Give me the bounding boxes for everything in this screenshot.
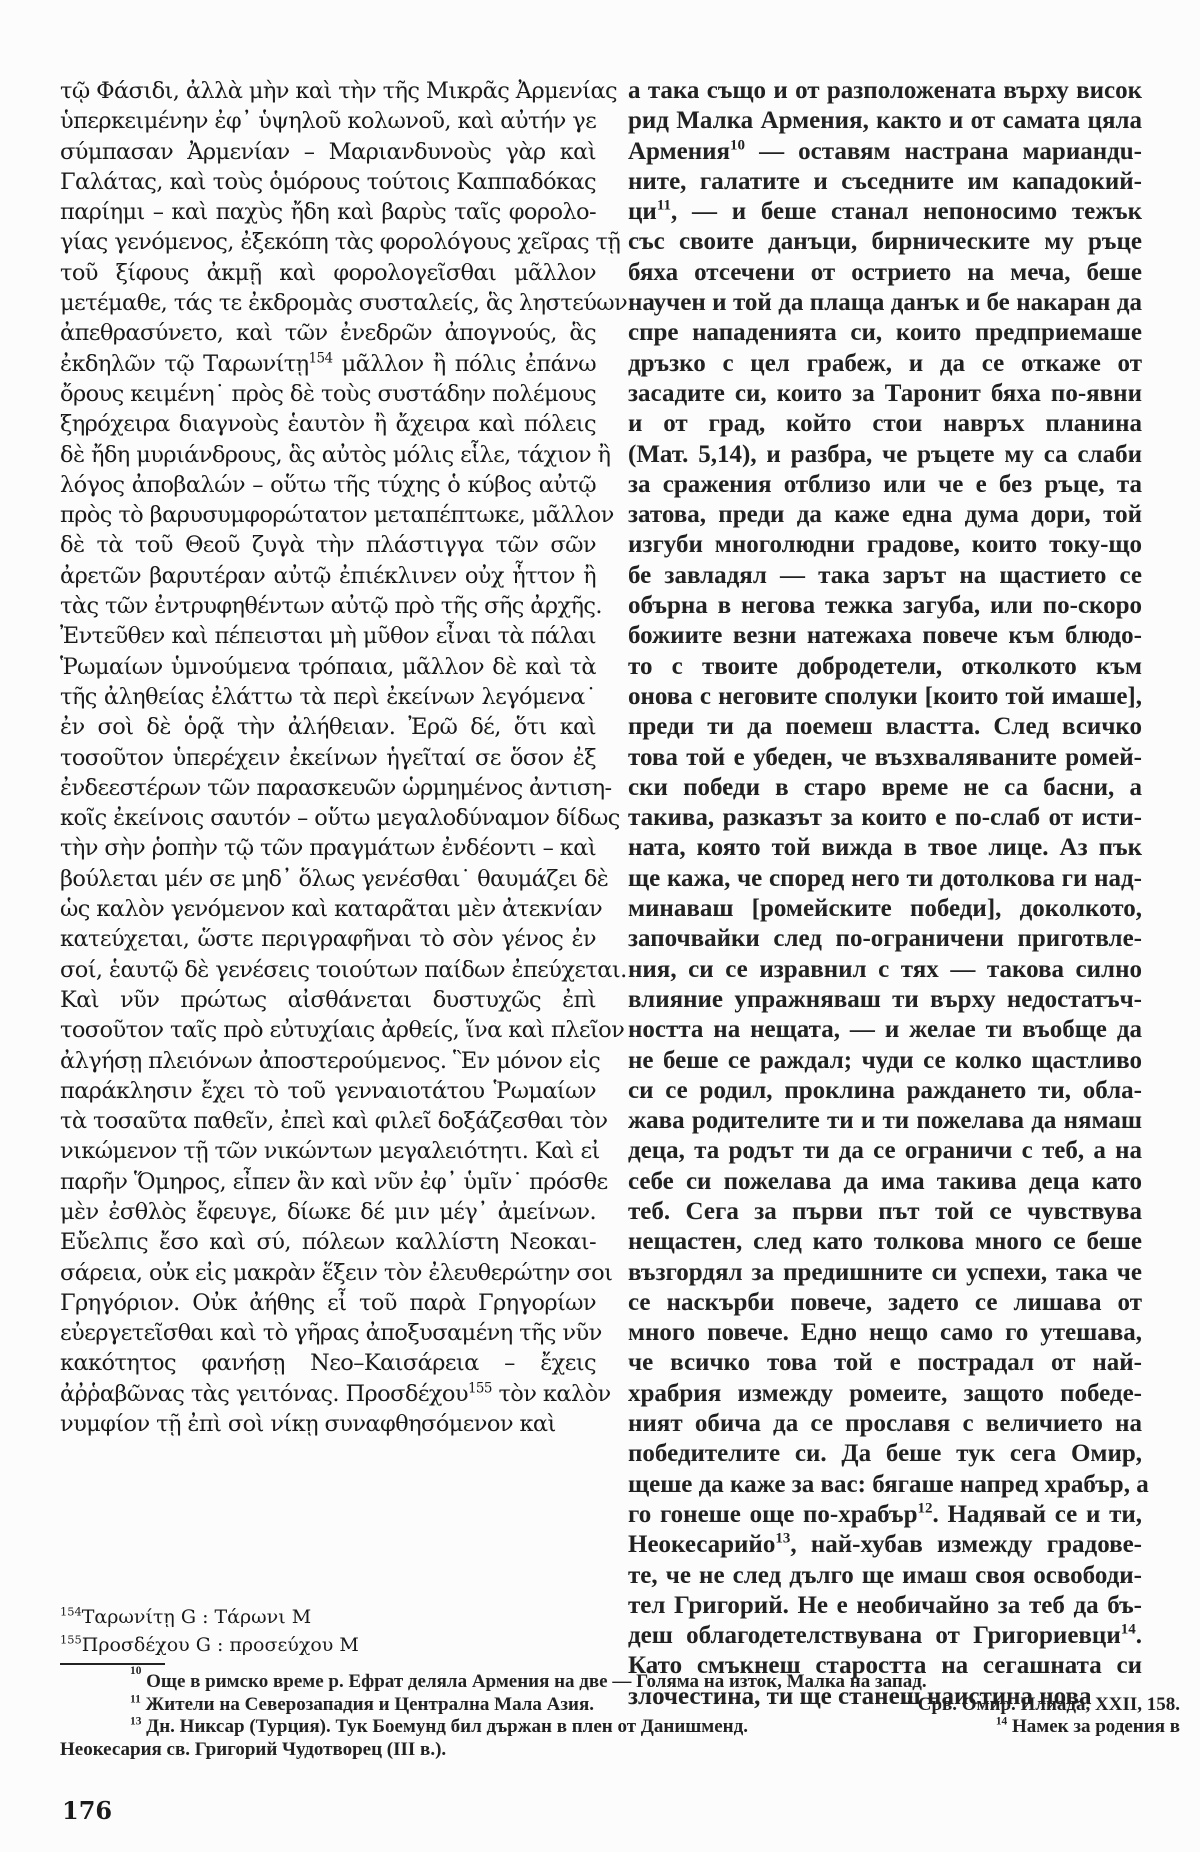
text-line: ски победи в старо време не са басни, а xyxy=(628,773,1142,803)
text-line: възгордял за предишните си успехи, така … xyxy=(628,1258,1142,1288)
text-line: γίας γενόμενος, ἐξεκόπη τὰς φορολόγους χ… xyxy=(60,227,596,257)
text-line: спре нападенията си, които предприемаше xyxy=(628,318,1142,348)
text-line: не беше се раждал; чуди се колко щастлив… xyxy=(628,1046,1142,1076)
text-line: ния, си се изравнил с тях — такова силно xyxy=(628,955,1142,985)
text-line: Γαλάτας, καὶ τοὺς ὁμόρους τούτοις Καππαδ… xyxy=(60,167,596,197)
text-line: това той е убеден, че възхваляваните ром… xyxy=(628,743,1142,773)
text-line: много повече. Едно нещо само го утешава, xyxy=(628,1318,1142,1348)
text-line: минаваш [ромейските победи], доколкото, xyxy=(628,894,1142,924)
text-line: νικώμενον τῇ τῶν νικώντων μεγαλειότητι. … xyxy=(60,1136,596,1166)
text-line: τὰς τῶν ἐντρυφηθέντων αὐτῷ πρὸ τῆς σῆς ἀ… xyxy=(60,591,596,621)
footnote-11-12: 11 Жители на Северозападия и Централна М… xyxy=(60,1694,1180,1717)
text-line: τοσοῦτον ὑπερέχειν ἐκείνων ἡγεῖταί σε ὅσ… xyxy=(60,743,596,773)
text-line: παράκλησιν ἔχει τὸ τοῦ γενναιοτάτου Ῥωμα… xyxy=(60,1076,596,1106)
text-line: нещастен, след като толкова много се беш… xyxy=(628,1227,1142,1257)
text-line: ще кажа, че според него ти дотолкова ги … xyxy=(628,864,1142,894)
text-line: обърна в негова тежка загуба, или по-ско… xyxy=(628,591,1142,621)
text-line: научен и той да плаща данък и бе накаран… xyxy=(628,288,1142,318)
text-line: Εὔελπις ἔσο καὶ σύ, πόλεων καλλίστη Νεοκ… xyxy=(60,1227,596,1257)
text-line: започвайки след по-ограничени приготвле- xyxy=(628,924,1142,954)
text-line: а така също и от разположената върху вис… xyxy=(628,76,1142,106)
text-line: жава родителите ти и ти пожелава да няма… xyxy=(628,1106,1142,1136)
text-line: δὲ ἤδη μυριάνδρους, ἃς αὐτὸς μόλις εἷλε,… xyxy=(60,440,596,470)
text-line: победителите си. Да беше тук сега Омир, xyxy=(628,1439,1142,1469)
text-line: за сражения отблизо или че е без ръце, т… xyxy=(628,470,1142,500)
text-line: κατεύχεται, ὥστε περιγραφῆναι τὸ σὸν γέν… xyxy=(60,924,596,954)
text-line: ната, която той вижда в твое лице. Аз пъ… xyxy=(628,833,1142,863)
footnote-14-continued: Неокесария св. Григорий Чудотворец (III … xyxy=(60,1739,1180,1762)
text-line: затова, преди да каже една дума дори, то… xyxy=(628,500,1142,530)
text-line: εὐεργετεῖσθαι καὶ τὸ γῆρας ἀποξυσαμένη τ… xyxy=(60,1318,596,1348)
text-line: себе си пожелава да има такива деца като xyxy=(628,1167,1142,1197)
text-line: τῆς ἀληθείας ἐλάττω τὰ περὶ ἐκείνων λεγό… xyxy=(60,682,596,712)
text-line: божиите везни натежаха повече към блюдо- xyxy=(628,621,1142,651)
text-line: засадите си, които за Таронит бяха по-яв… xyxy=(628,379,1142,409)
text-line: λόγος ἀποβαλών – οὕτω τῆς τύχης ὁ κύβος … xyxy=(60,470,596,500)
footnote-13: 13 Дн. Никсар (Турция). Тук Боемунд бил … xyxy=(130,1716,748,1739)
text-line: деца, та родът ти да се ограничи с теб, … xyxy=(628,1136,1142,1166)
footnote-ref: 10 xyxy=(730,137,745,153)
page-number: 176 xyxy=(62,1796,112,1825)
text-line: παρῆν Ὅμηρος, εἶπεν ἂν καὶ νῦν ἐφ᾽ ὑμῖν˙… xyxy=(60,1167,596,1197)
text-line: ἐνδεεστέρων τῶν παρασκευῶν ὡρμημένος ἀντ… xyxy=(60,773,596,803)
text-line: ἀλγήσῃ πλειόνων ἀποστερούμενος. Ἓν μόνον… xyxy=(60,1046,596,1076)
text-line: Неокесарийо13, най-хубав измежду градове… xyxy=(628,1530,1142,1560)
text-line: Γρηγόριον. Οὐκ ἀήθης εἶ τοῦ παρὰ Γρηγορί… xyxy=(60,1288,596,1318)
text-line: πρὸς τὸ βαρυσυμφορώτατον μεταπέπτωκε, μᾶ… xyxy=(60,500,596,530)
text-line: ἀρετῶν βαρυτέραν αὐτῷ ἐπιέκλινεν οὐχ ἧττ… xyxy=(60,561,596,591)
footnote-11: 11 Жители на Северозападия и Централна М… xyxy=(130,1694,594,1717)
text-line: σύμπασαν Ἀρμενίαν – Μαριανδυνοὺς γὰρ καὶ xyxy=(60,137,596,167)
text-line: те, че не след дълго ще имаш своя освобо… xyxy=(628,1561,1142,1591)
apparatus-entry: 154Ταρωνίτῃ G : Τάρωνι M xyxy=(60,1603,359,1631)
text-line: то с твоите добродетели, отколкото към xyxy=(628,652,1142,682)
text-line: τοσοῦτον ταῖς πρὸ εὐτυχίαις ἀρθείς, ἵνα … xyxy=(60,1015,596,1045)
text-line: ἐν σοὶ δὲ ὁρᾷ τὴν ἀλήθειαν. Ἐρῶ δέ, ὅτι … xyxy=(60,712,596,742)
footnote-14: 14 Намек за родения в xyxy=(996,1716,1180,1739)
text-line: Ἐντεῦθεν καὶ πέπεισται μὴ μῦθον εἶναι τὰ… xyxy=(60,621,596,651)
apparatus-entry: 155Προσδέχου G : προσεύχου M xyxy=(60,1631,359,1659)
text-line: Армения10 — оставям настрана мариандu- xyxy=(628,137,1142,167)
text-line: μὲν ἐσθλὸς ἔφευγε, δίωκε δέ μιν μέγ᾽ ἀμε… xyxy=(60,1197,596,1227)
text-line: теб. Сега за първи път той се чувствува xyxy=(628,1197,1142,1227)
text-line: νυμφίον τῇ ἐπὶ σοὶ νίκῃ συναφθησόμενον κ… xyxy=(60,1409,596,1439)
footnote-10: 10 Още в римско време р. Ефрат деляла Ар… xyxy=(60,1671,1180,1694)
text-line: δὲ τὰ τοῦ Θεοῦ ζυγὰ τὴν πλάστιγγα τῶν σῶ… xyxy=(60,530,596,560)
text-line: ὡς καλὸν γενόμενον καὶ καταρᾶται μὲν ἀτε… xyxy=(60,894,596,924)
text-line: ἐκδηλῶν τῷ Ταρωνίτῃ154 μᾶλλον ἢ πόλις ἐπ… xyxy=(60,349,596,379)
text-line: τὰ τοσαῦτα παθεῖν, ἐπεὶ καὶ φιλεῖ δοξάζε… xyxy=(60,1106,596,1136)
text-line: храбрия измежду ромеите, защото победе- xyxy=(628,1379,1142,1409)
text-line: изгуби многолюдни градове, които току-що xyxy=(628,530,1142,560)
text-line: ὄρους κειμένη˙ πρὸς δὲ τοὺς συστάδην πολ… xyxy=(60,379,596,409)
footnote-ref: 13 xyxy=(775,1531,790,1547)
text-line: онова с неговите сполуки [които той имаш… xyxy=(628,682,1142,712)
text-line: σοί, ἑαυτῷ δὲ γενέσεις τοιούτων παίδων ἐ… xyxy=(60,955,596,985)
text-line: си се родил, проклина раждането ти, обла… xyxy=(628,1076,1142,1106)
bulgarian-translation-column: а така също и от разположената върху вис… xyxy=(628,76,1142,1712)
text-line: ξηρόχειρα διαγνοὺς ἑαυτὸν ἢ ἄχειρα καὶ π… xyxy=(60,409,596,439)
text-line: Ῥωμαίων ὑμνούμενα τρόπαια, μᾶλλον δὲ καὶ… xyxy=(60,652,596,682)
footnote-ref: 12 xyxy=(918,1501,933,1517)
text-line: μετέμαθε, τάς τε ἐκδρομὰς συσταλείς, ἃς … xyxy=(60,288,596,318)
text-line: влияние упражняваш ти върху недостатъч- xyxy=(628,985,1142,1015)
footnote-divider xyxy=(60,1663,165,1665)
text-line: κακότητος φανήσῃ Νεο–Καισάρεια – ἔχεις xyxy=(60,1348,596,1378)
text-line: (Мат. 5,14), и разбра, че ръцете му са с… xyxy=(628,440,1142,470)
text-line: ὑπερκειμένην ἐφ᾽ ὑψηλοῦ κολωνοῦ, καὶ αὐτ… xyxy=(60,106,596,136)
text-line: бяха отсечени от острието на меча, беше xyxy=(628,258,1142,288)
text-line: щеше да каже за вас: бягаше напред храбъ… xyxy=(628,1470,1142,1500)
text-line: τὴν σὴν ῥοπὴν τῷ τῶν πραγμάτων ἐνδέοντι … xyxy=(60,833,596,863)
text-line: ността на нещата, — и желае ти въобще да xyxy=(628,1015,1142,1045)
text-line: деш облагодетелствувана от Григориевци14… xyxy=(628,1621,1142,1651)
text-line: преди ти да поемеш властта. След всичко xyxy=(628,712,1142,742)
text-line: се наскърби повече, задето се лишава от xyxy=(628,1288,1142,1318)
text-line: и от град, който стои навръх планина xyxy=(628,409,1142,439)
text-line: παρίημι – καὶ παχὺς ἤδη καὶ βαρὺς ταῖς φ… xyxy=(60,197,596,227)
text-line: че всичко това той е пострадал от най- xyxy=(628,1348,1142,1378)
text-line: дръзко с цел грабеж, и да се откаже от xyxy=(628,349,1142,379)
footnote-ref: 155 xyxy=(468,1380,492,1396)
footnote-13-14: 13 Дн. Никсар (Турция). Тук Боемунд бил … xyxy=(60,1716,1180,1739)
text-line: рид Малка Армения, както и от самата цял… xyxy=(628,106,1142,136)
text-line: със своите данъци, бирническите му ръце xyxy=(628,227,1142,257)
footnote-ref: 11 xyxy=(657,198,671,214)
text-line: бе завладял — така зарът на щастието се xyxy=(628,561,1142,591)
text-line: тел Григорий. Не е необичайно за теб да … xyxy=(628,1591,1142,1621)
text-line: βούλεται μέν σε μηδ᾽ ὅλως γενέσθαι˙ θαυμ… xyxy=(60,864,596,894)
text-line: σάρεια, οὐκ εἰς μακρὰν ἕξειν τὸν ἐλευθερ… xyxy=(60,1258,596,1288)
text-line: ният обича да се прославя с величието на xyxy=(628,1409,1142,1439)
text-line: го гонеше още по-храбър12. Надявай се и … xyxy=(628,1500,1142,1530)
text-line: ἀπεθρασύνετο, καὶ τῶν ἐνεδρῶν ἀπογνούς, … xyxy=(60,318,596,348)
footnote-ref: 14 xyxy=(1121,1622,1136,1638)
footnote-ref: 154 xyxy=(309,350,333,366)
footnote-12: 12 Срв. Омир. Илиада, XXII, 158. xyxy=(902,1694,1180,1717)
text-line: τῷ Φάσιδι, ἀλλὰ μὴν καὶ τὴν τῆς Μικρᾶς Ἀ… xyxy=(60,76,596,106)
text-line: ἀῤῥαβῶνας τὰς γειτόνας. Προσδέχου155 τὸν… xyxy=(60,1379,596,1409)
critical-apparatus: 154Ταρωνίτῃ G : Τάρωνι M 155Προσδέχου G … xyxy=(60,1603,359,1659)
greek-text-column: τῷ Φάσιδι, ἀλλὰ μὴν καὶ τὴν τῆς Μικρᾶς Ἀ… xyxy=(60,76,596,1439)
footnotes: 10 Още в римско време р. Ефрат деляла Ар… xyxy=(60,1671,1180,1761)
text-line: τοῦ ξίφους ἀκμῇ καὶ φορολογεῖσθαι μᾶλλον xyxy=(60,258,596,288)
text-line: ци11, — и беше станал непоносимо тежък xyxy=(628,197,1142,227)
text-line: такива, разказът за които е по-слаб от и… xyxy=(628,803,1142,833)
text-line: Καὶ νῦν πρώτως αἰσθάνεται δυστυχῶς ἐπὶ xyxy=(60,985,596,1015)
text-line: ните, галатите и съседните им кападокий- xyxy=(628,167,1142,197)
text-line: κοῖς ἐκείνοις σαυτόν – οὕτω μεγαλοδύναμο… xyxy=(60,803,596,833)
